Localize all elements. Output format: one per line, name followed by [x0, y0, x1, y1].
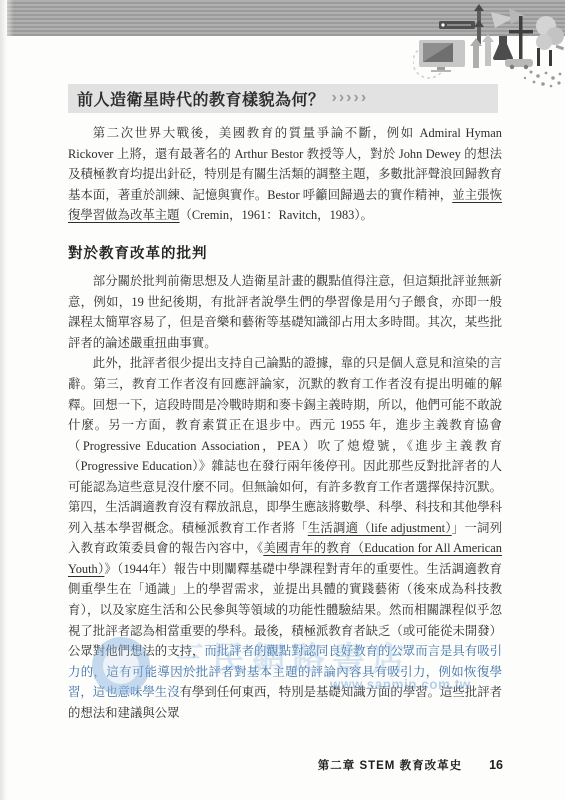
body-content: 第二次世界大戰後，美國教育的質量爭論不斷，例如 Admiral Hyman Ri… [68, 123, 502, 723]
paragraph-3: 此外，批評者很少提出支持自己論點的證據，靠的只是個人意見和渲染的言辭。第三，教育… [68, 353, 502, 723]
text-run: 第二次世界大戰後，美國教育的質量爭論不斷，例如 Admiral Hyman Ri… [68, 126, 502, 202]
flask-icon [493, 36, 513, 60]
paragraph-2: 部分關於批判前衛思想及人造衛星計畫的觀點值得注意，但這類批評並無新意，例如，19… [68, 271, 502, 353]
page-edge-shadow [0, 0, 7, 800]
paper-plane-icon [491, 12, 513, 28]
section-title: 前人造衛星時代的教育樣貌為何？ [77, 87, 325, 110]
underlined-term: 生活調適（life adjustment） [308, 521, 452, 535]
paper-plane-icon-2 [509, 8, 525, 24]
section-title-bar: 前人造衛星時代的教育樣貌為何？ ››››› [68, 84, 498, 113]
text-run: 此外，批評者很少提出支持自己論點的證據，靠的只是個人意見和渲染的言辭。第三，教育… [68, 356, 502, 534]
stem-city-illustration [413, 4, 565, 90]
up-arrow-icon-2 [482, 34, 494, 66]
paragraph-1: 第二次世界大戰後，美國教育的質量爭論不斷，例如 Admiral Hyman Ri… [68, 123, 502, 226]
car-icon [505, 59, 533, 67]
shovel-icon [556, 45, 565, 51]
signpost-icon [519, 16, 523, 66]
text-run: （Cremin，1961：Ravitch，1983）。 [180, 208, 373, 222]
dots-decoration [524, 71, 562, 88]
page-footer: 第二章 STEM 教育改革史 16 [318, 757, 503, 773]
page-number: 16 [489, 758, 503, 772]
subsection-heading: 對於教育改革的批判 [68, 244, 502, 265]
chevrons-icon: ››››› [332, 89, 369, 109]
chapter-label: 第二章 STEM 教育改革史 [318, 757, 462, 773]
